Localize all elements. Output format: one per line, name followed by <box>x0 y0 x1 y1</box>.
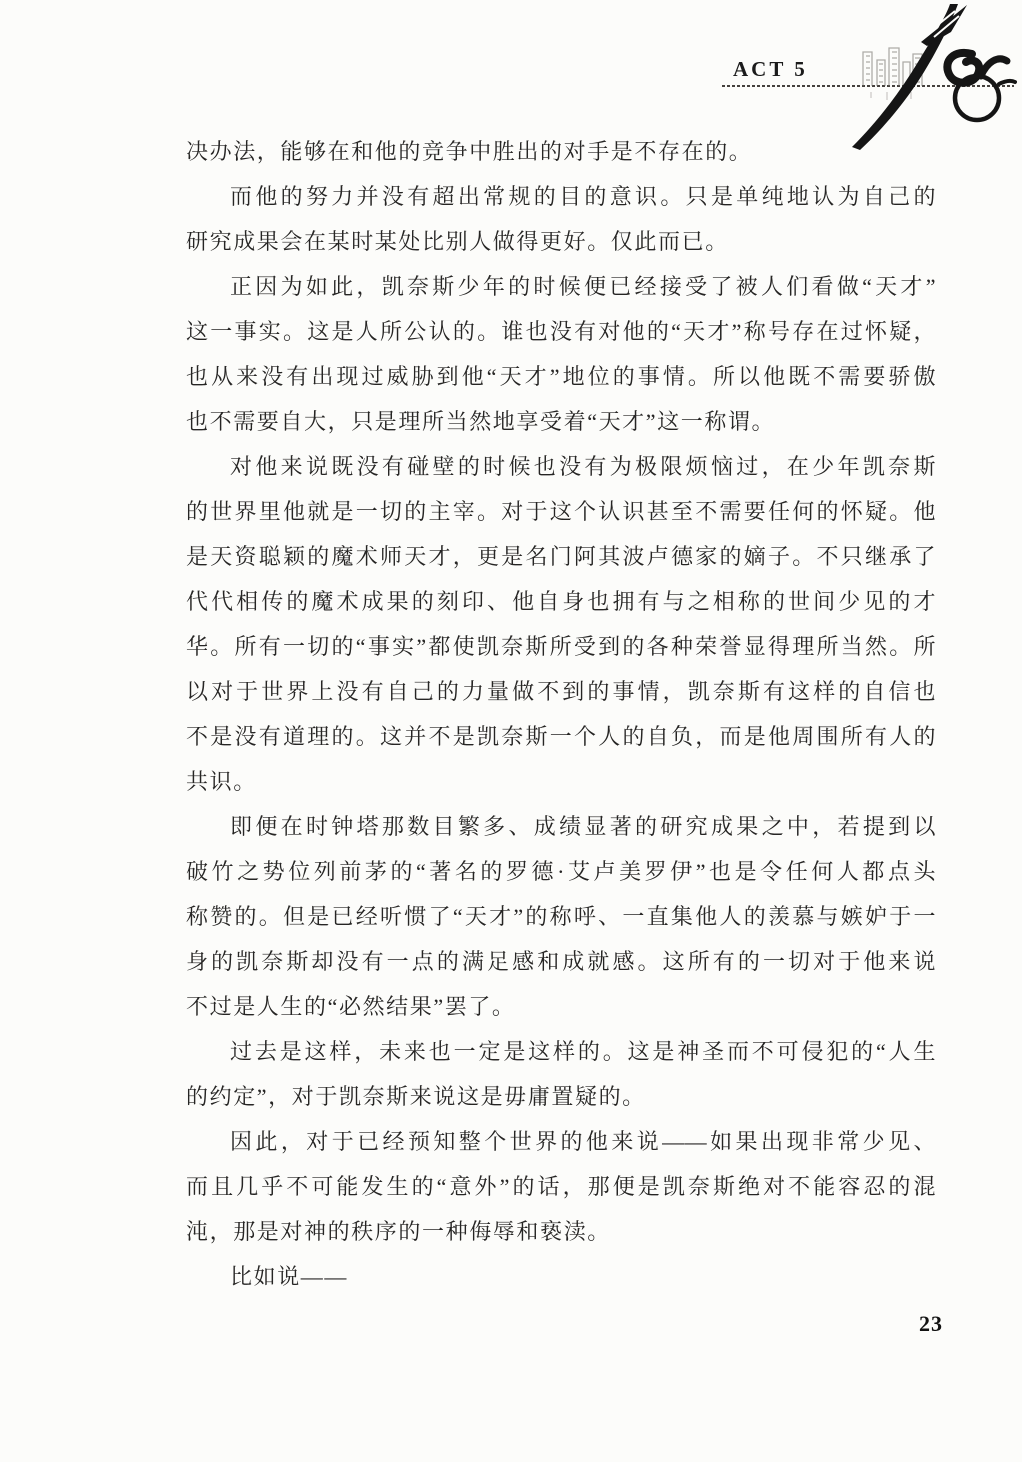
body-line: 以对于世界上没有自己的力量做不到的事情，凯奈斯有这样的自信也 <box>186 669 936 714</box>
body-line: 华。所有一切的“事实”都使凯奈斯所受到的各种荣誉显得理所当然。所 <box>186 624 936 669</box>
body-line: 因此，对于已经预知整个世界的他来说——如果出现非常少见、 <box>186 1119 936 1164</box>
body-line: 代代相传的魔术成果的刻印、他自身也拥有与之相称的世间少见的才 <box>186 579 936 624</box>
page-number: 23 <box>919 1311 943 1337</box>
body-line: 的约定”，对于凯奈斯来说这是毋庸置疑的。 <box>186 1074 936 1119</box>
body-line: 过去是这样，未来也一定是这样的。这是神圣而不可侵犯的“人生 <box>186 1029 936 1074</box>
body-line: 不是没有道理的。这并不是凯奈斯一个人的自负，而是他周围所有人的 <box>186 714 936 759</box>
body-line: 对他来说既没有碰壁的时候也没有为极限烦恼过，在少年凯奈斯 <box>186 444 936 489</box>
act-heading: ACT 5 <box>733 57 808 82</box>
body-line: 不过是人生的“必然结果”罢了。 <box>186 984 936 1029</box>
body-line: 决办法，能够在和他的竞争中胜出的对手是不存在的。 <box>186 129 936 174</box>
body-line: 比如说—— <box>186 1254 936 1299</box>
body-line: 的世界里他就是一切的主宰。对于这个认识甚至不需要任何的怀疑。他 <box>186 489 936 534</box>
body-line: 是天资聪颖的魔术师天才，更是名门阿其波卢德家的嫡子。不只继承了 <box>186 534 936 579</box>
body-line: 身的凯奈斯却没有一点的满足感和成就感。这所有的一切对于他来说 <box>186 939 936 984</box>
body-line: 也从来没有出现过威胁到他“天才”地位的事情。所以他既不需要骄傲 <box>186 354 936 399</box>
book-page: ACT 5 决办法，能够在和他的竞争中胜出的 <box>0 0 1022 1462</box>
body-line: 而他的努力并没有超出常规的目的意识。只是单纯地认为自己的 <box>186 174 936 219</box>
body-line: 即便在时钟塔那数目繁多、成绩显著的研究成果之中，若提到以 <box>186 804 936 849</box>
body-line: 沌，那是对神的秩序的一种侮辱和亵渎。 <box>186 1209 936 1254</box>
body-line: 破竹之势位列前茅的“著名的罗德·艾卢美罗伊”也是令任何人都点头 <box>186 849 936 894</box>
body-line: 研究成果会在某时某处比别人做得更好。仅此而已。 <box>186 219 936 264</box>
body-line: 称赞的。但是已经听惯了“天才”的称呼、一直集他人的羡慕与嫉妒于一 <box>186 894 936 939</box>
body-line: 共识。 <box>186 759 936 804</box>
body-line: 这一事实。这是人所公认的。谁也没有对他的“天才”称号存在过怀疑， <box>186 309 936 354</box>
body-line: 正因为如此，凯奈斯少年的时候便已经接受了被人们看做“天才” <box>186 264 936 309</box>
zero-letters <box>947 53 1015 120</box>
body-text: 决办法，能够在和他的竞争中胜出的对手是不存在的。而他的努力并没有超出常规的目的意… <box>186 129 936 1299</box>
body-line: 而且几乎不可能发生的“意外”的话，那便是凯奈斯绝对不能容忍的混 <box>186 1164 936 1209</box>
body-line: 也不需要自大，只是理所当然地享受着“天才”这一称谓。 <box>186 399 936 444</box>
